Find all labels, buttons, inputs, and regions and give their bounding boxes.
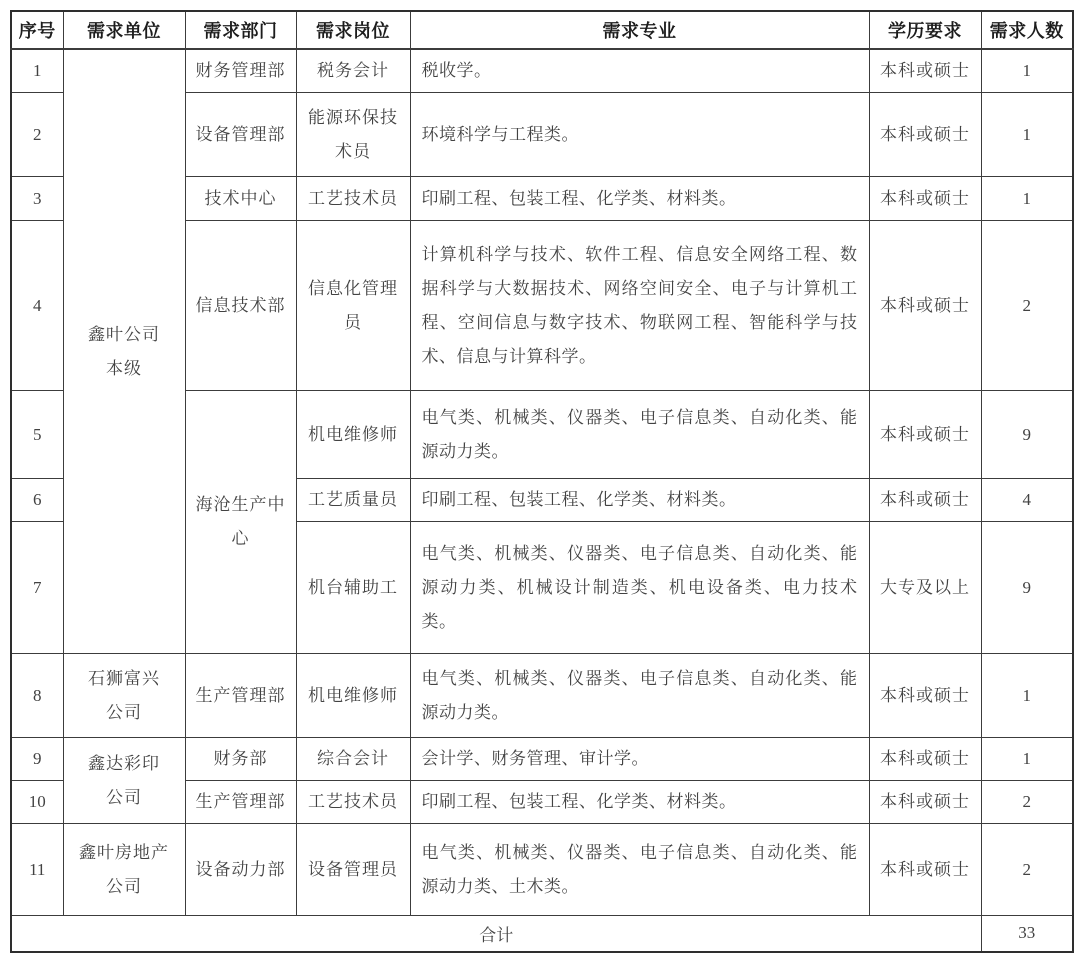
cell-major: 电气类、机械类、仪器类、电子信息类、自动化类、能源动力类。 bbox=[410, 654, 869, 738]
cell-post: 机台辅助工 bbox=[296, 522, 410, 654]
cell-dept: 信息技术部 bbox=[185, 221, 296, 391]
cell-post: 综合会计 bbox=[296, 738, 410, 781]
cell-edu: 本科或硕士 bbox=[869, 824, 981, 916]
cell-post: 工艺质量员 bbox=[296, 479, 410, 522]
cell-post: 设备管理员 bbox=[296, 824, 410, 916]
cell-no: 6 bbox=[11, 479, 63, 522]
table-row: 1 鑫叶公司 本级 财务管理部 税务会计 税收学。 本科或硕士 1 bbox=[11, 49, 1073, 93]
cell-dept: 技术中心 bbox=[185, 177, 296, 221]
footer-total-label: 合计 bbox=[11, 916, 981, 952]
cell-post: 税务会计 bbox=[296, 49, 410, 93]
cell-post: 能源环保技 术员 bbox=[296, 93, 410, 177]
footer-row: 合计 33 bbox=[11, 916, 1073, 952]
cell-major: 电气类、机械类、仪器类、电子信息类、自动化类、能源动力类、土木类。 bbox=[410, 824, 869, 916]
cell-unit: 石狮富兴 公司 bbox=[63, 654, 185, 738]
header-no: 序号 bbox=[11, 11, 63, 49]
cell-count: 1 bbox=[981, 654, 1073, 738]
cell-dept: 设备管理部 bbox=[185, 93, 296, 177]
cell-dept: 海沧生产中 心 bbox=[185, 391, 296, 654]
cell-count: 1 bbox=[981, 177, 1073, 221]
cell-edu: 大专及以上 bbox=[869, 522, 981, 654]
cell-no: 3 bbox=[11, 177, 63, 221]
header-post: 需求岗位 bbox=[296, 11, 410, 49]
header-dept: 需求部门 bbox=[185, 11, 296, 49]
cell-count: 1 bbox=[981, 93, 1073, 177]
cell-count: 9 bbox=[981, 391, 1073, 479]
cell-edu: 本科或硕士 bbox=[869, 479, 981, 522]
cell-edu: 本科或硕士 bbox=[869, 781, 981, 824]
cell-dept: 生产管理部 bbox=[185, 654, 296, 738]
cell-edu: 本科或硕士 bbox=[869, 49, 981, 93]
cell-no: 10 bbox=[11, 781, 63, 824]
cell-major: 计算机科学与技术、软件工程、信息安全网络工程、数据科学与大数据技术、网络空间安全… bbox=[410, 221, 869, 391]
table-row: 11 鑫叶房地产 公司 设备动力部 设备管理员 电气类、机械类、仪器类、电子信息… bbox=[11, 824, 1073, 916]
cell-no: 2 bbox=[11, 93, 63, 177]
cell-unit: 鑫叶房地产 公司 bbox=[63, 824, 185, 916]
header-count: 需求人数 bbox=[981, 11, 1073, 49]
cell-post: 信息化管理 员 bbox=[296, 221, 410, 391]
cell-count: 1 bbox=[981, 738, 1073, 781]
cell-count: 2 bbox=[981, 824, 1073, 916]
cell-edu: 本科或硕士 bbox=[869, 391, 981, 479]
cell-dept: 生产管理部 bbox=[185, 781, 296, 824]
cell-dept: 设备动力部 bbox=[185, 824, 296, 916]
cell-edu: 本科或硕士 bbox=[869, 93, 981, 177]
header-unit: 需求单位 bbox=[63, 11, 185, 49]
cell-major: 环境科学与工程类。 bbox=[410, 93, 869, 177]
cell-major: 电气类、机械类、仪器类、电子信息类、自动化类、能源动力类。 bbox=[410, 391, 869, 479]
cell-no: 9 bbox=[11, 738, 63, 781]
header-row: 序号 需求单位 需求部门 需求岗位 需求专业 学历要求 需求人数 bbox=[11, 11, 1073, 49]
cell-major: 电气类、机械类、仪器类、电子信息类、自动化类、能源动力类、机械设计制造类、机电设… bbox=[410, 522, 869, 654]
cell-edu: 本科或硕士 bbox=[869, 738, 981, 781]
cell-no: 11 bbox=[11, 824, 63, 916]
recruitment-table: 序号 需求单位 需求部门 需求岗位 需求专业 学历要求 需求人数 1 鑫叶公司 … bbox=[10, 10, 1074, 953]
cell-no: 8 bbox=[11, 654, 63, 738]
header-edu: 学历要求 bbox=[869, 11, 981, 49]
cell-major: 印刷工程、包装工程、化学类、材料类。 bbox=[410, 177, 869, 221]
cell-count: 9 bbox=[981, 522, 1073, 654]
cell-count: 2 bbox=[981, 221, 1073, 391]
cell-post: 工艺技术员 bbox=[296, 177, 410, 221]
cell-post: 机电维修师 bbox=[296, 654, 410, 738]
cell-post: 机电维修师 bbox=[296, 391, 410, 479]
cell-edu: 本科或硕士 bbox=[869, 177, 981, 221]
cell-no: 5 bbox=[11, 391, 63, 479]
cell-edu: 本科或硕士 bbox=[869, 221, 981, 391]
cell-no: 4 bbox=[11, 221, 63, 391]
footer-total-count: 33 bbox=[981, 916, 1073, 952]
cell-major: 税收学。 bbox=[410, 49, 869, 93]
table-row: 9 鑫达彩印 公司 财务部 综合会计 会计学、财务管理、审计学。 本科或硕士 1 bbox=[11, 738, 1073, 781]
header-major: 需求专业 bbox=[410, 11, 869, 49]
cell-count: 1 bbox=[981, 49, 1073, 93]
cell-dept: 财务部 bbox=[185, 738, 296, 781]
cell-major: 会计学、财务管理、审计学。 bbox=[410, 738, 869, 781]
cell-major: 印刷工程、包装工程、化学类、材料类。 bbox=[410, 479, 869, 522]
table-row: 8 石狮富兴 公司 生产管理部 机电维修师 电气类、机械类、仪器类、电子信息类、… bbox=[11, 654, 1073, 738]
cell-major: 印刷工程、包装工程、化学类、材料类。 bbox=[410, 781, 869, 824]
cell-count: 4 bbox=[981, 479, 1073, 522]
cell-count: 2 bbox=[981, 781, 1073, 824]
cell-unit: 鑫叶公司 本级 bbox=[63, 49, 185, 654]
cell-unit: 鑫达彩印 公司 bbox=[63, 738, 185, 824]
cell-post: 工艺技术员 bbox=[296, 781, 410, 824]
cell-edu: 本科或硕士 bbox=[869, 654, 981, 738]
page: 序号 需求单位 需求部门 需求岗位 需求专业 学历要求 需求人数 1 鑫叶公司 … bbox=[0, 0, 1080, 950]
cell-dept: 财务管理部 bbox=[185, 49, 296, 93]
cell-no: 7 bbox=[11, 522, 63, 654]
cell-no: 1 bbox=[11, 49, 63, 93]
